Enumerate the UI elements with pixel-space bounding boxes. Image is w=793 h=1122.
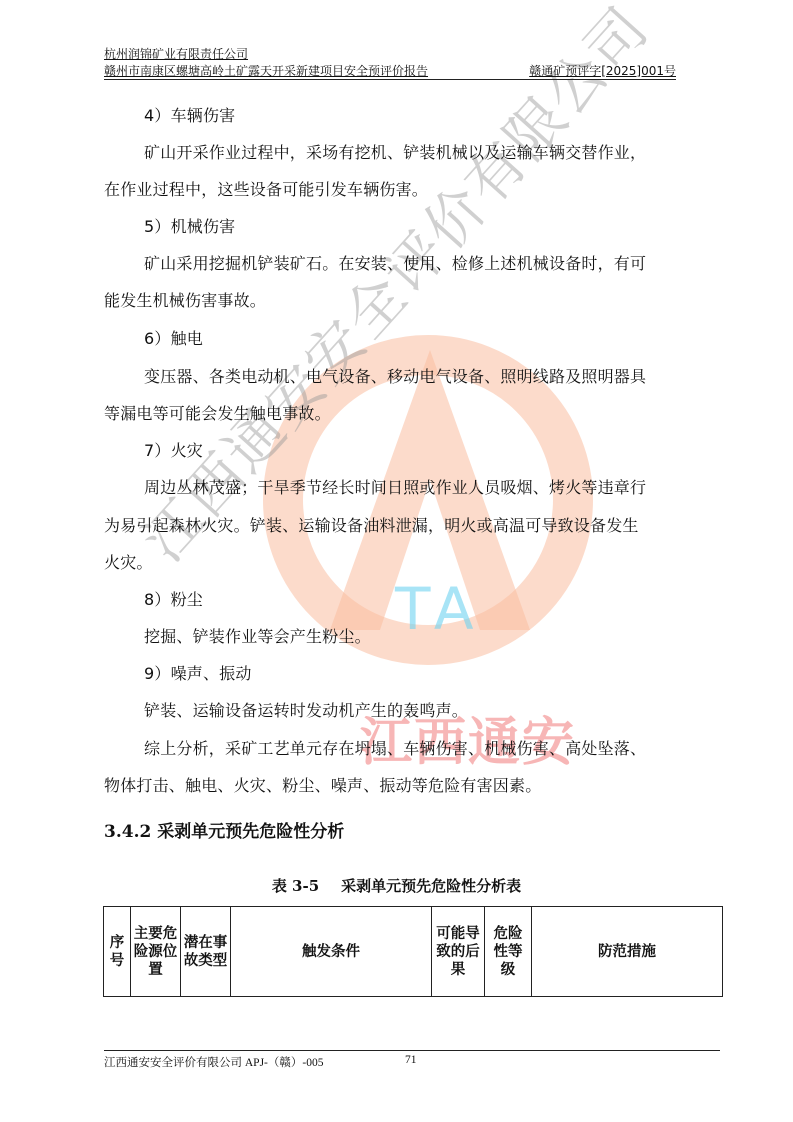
subheading-fire: 7）火灾: [144, 438, 203, 461]
footer-divider: [104, 1050, 720, 1051]
paragraph-line: 矿山采用挖掘机铲装矿石。在安装、使用、检修上述机械设备时，有可: [144, 251, 646, 274]
paragraph-line: 铲装、运输设备运转时发动机产生的轰鸣声。: [144, 698, 468, 721]
subheading-vehicle-injury: 4）车辆伤害: [144, 103, 235, 126]
col-header-risk-level: 危险性等级: [485, 907, 532, 997]
col-header-hazard-location: 主要危险源位置: [131, 907, 181, 997]
paragraph-line: 综上分析，采矿工艺单元存在坍塌、车辆伤害、机械伤害、高处坠落、: [144, 736, 646, 759]
footer-company-code: 江西通安安全评价有限公司 APJ-（赣）-005: [104, 1054, 323, 1070]
header-row: 赣州市南康区螺塘高岭土矿露天开采新建项目安全预评价报告 赣通矿预评字[2025]…: [104, 62, 676, 79]
col-header-trigger-conditions: 触发条件: [231, 907, 432, 997]
subheading-electric-shock: 6）触电: [144, 326, 203, 349]
subheading-noise-vibration: 9）噪声、振动: [144, 661, 252, 684]
paragraph-line: 在作业过程中，这些设备可能引发车辆伤害。: [104, 177, 428, 200]
header-divider: [104, 79, 676, 80]
subheading-mechanical-injury: 5）机械伤害: [144, 214, 235, 237]
col-header-preventive-measures: 防范措施: [532, 907, 723, 997]
watermark-logo-letters: TA: [395, 575, 482, 643]
table-header-row: 序号 主要危险源位置 潜在事故类型 触发条件 可能导致的后果 危险性等级 防范措…: [104, 907, 723, 997]
paragraph-line: 物体打击、触电、火灾、粉尘、噪声、振动等危险有害因素。: [104, 773, 541, 796]
subheading-dust: 8）粉尘: [144, 587, 203, 610]
paragraph-line: 挖掘、铲装作业等会产生粉尘。: [144, 624, 371, 647]
paragraph-line: 矿山开采作业过程中，采场有挖机、铲装机械以及运输车辆交替作业，: [144, 140, 646, 163]
paragraph-line: 为易引起森林火灾。铲装、运输设备油料泄漏，明火或高温可导致设备发生: [104, 513, 639, 536]
table-caption: 表 3-5采剥单元预先危险性分析表: [0, 875, 793, 896]
table-caption-number: 表 3-5: [272, 877, 319, 895]
paragraph-line: 周边丛林茂盛；干旱季节经长时间日照或作业人员吸烟、烤火等违章行: [144, 475, 646, 498]
hazard-analysis-table: 序号 主要危险源位置 潜在事故类型 触发条件 可能导致的后果 危险性等级 防范措…: [103, 906, 723, 997]
paragraph-line: 等漏电等可能会发生触电事故。: [104, 401, 331, 424]
col-header-serial: 序号: [104, 907, 131, 997]
col-header-consequences: 可能导致的后果: [432, 907, 485, 997]
section-heading: 3.4.2 采剥单元预先危险性分析: [104, 817, 344, 842]
page-number: 71: [405, 1054, 417, 1066]
table-caption-title: 采剥单元预先危险性分析表: [341, 877, 521, 895]
paragraph-line: 变压器、各类电动机、电气设备、移动电气设备、照明线路及照明器具: [144, 364, 646, 387]
col-header-accident-type: 潜在事故类型: [181, 907, 231, 997]
document-page: TA 江西通安 江西通安安全评价有限公司 杭州润锦矿业有限责任公司 赣州市南康区…: [0, 0, 793, 1122]
header-company: 杭州润锦矿业有限责任公司: [104, 45, 676, 62]
header-doc-number: 赣通矿预评字[2025]001号: [529, 62, 676, 79]
paragraph-line: 能发生机械伤害事故。: [104, 288, 266, 311]
paragraph-line: 火灾。: [104, 550, 153, 573]
header-report-title: 赣州市南康区螺塘高岭土矿露天开采新建项目安全预评价报告: [104, 62, 428, 79]
